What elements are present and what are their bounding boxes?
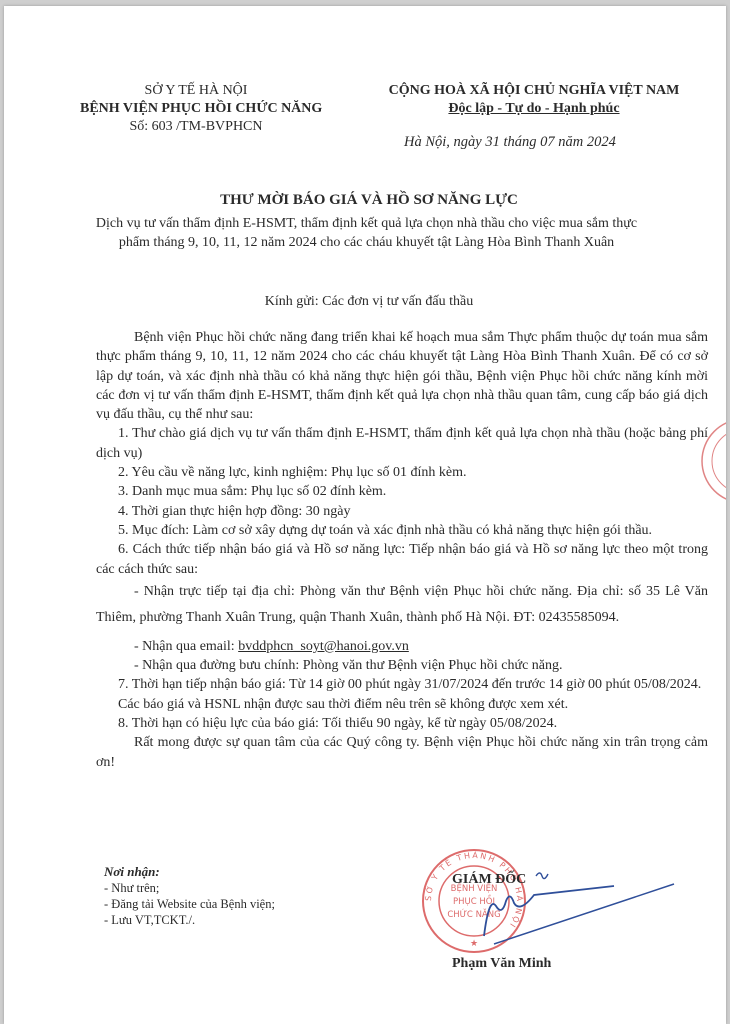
item-7-note: Các báo giá và HSNL nhận được sau thời đ… bbox=[96, 695, 708, 714]
hospital-name: BỆNH VIỆN PHỤC HỒI CHỨC NĂNG bbox=[80, 100, 312, 118]
recipient-item: - Lưu VT,TCKT./. bbox=[104, 912, 275, 928]
item-6-direct: - Nhận trực tiếp tại địa chỉ: Phòng văn … bbox=[96, 579, 708, 631]
partial-stamp-icon bbox=[694, 416, 726, 506]
letter-body: Bệnh viện Phục hồi chức năng đang triển … bbox=[96, 328, 708, 772]
email-link[interactable]: bvddphcn_soyt@hanoi.gov.vn bbox=[238, 639, 409, 654]
signatory-name: Phạm Văn Minh bbox=[452, 956, 551, 972]
document-number: Số: 603 /TM-BVPHCN bbox=[80, 118, 312, 136]
issuer-header: SỞ Y TẾ HÀ NỘI BỆNH VIỆN PHỤC HỒI CHỨC N… bbox=[80, 82, 312, 136]
document-date: Hà Nội, ngày 31 tháng 07 năm 2024 bbox=[404, 134, 616, 151]
signature-icon bbox=[474, 866, 704, 956]
recipient-item: - Như trên; bbox=[104, 880, 275, 896]
item-1: 1. Thư chào giá dịch vụ tư vấn thẩm định… bbox=[96, 424, 708, 463]
nation-title: CỘNG HOÀ XÃ HỘI CHỦ NGHĨA VIỆT NAM bbox=[374, 82, 694, 100]
intro-paragraph: Bệnh viện Phục hồi chức năng đang triển … bbox=[96, 328, 708, 424]
national-motto: Độc lập - Tự do - Hạnh phúc bbox=[374, 100, 694, 118]
item-8: 8. Thời hạn có hiệu lực của báo giá: Tối… bbox=[96, 714, 708, 733]
document-page: SỞ Y TẾ HÀ NỘI BỆNH VIỆN PHỤC HỒI CHỨC N… bbox=[4, 6, 726, 1024]
item-2: 2. Yêu cầu về năng lực, kinh nghiệm: Phụ… bbox=[96, 463, 708, 482]
recipient-item: - Đăng tải Website của Bệnh viện; bbox=[104, 896, 275, 912]
recipients-heading: Nơi nhận: bbox=[104, 864, 275, 880]
document-subtitle: Dịch vụ tư vấn thẩm định E-HSMT, thẩm đị… bbox=[94, 214, 639, 252]
item-7: 7. Thời hạn tiếp nhận báo giá: Từ 14 giờ… bbox=[96, 675, 708, 694]
document-title: THƯ MỜI BÁO GIÁ VÀ HỒ SƠ NĂNG LỰC bbox=[4, 192, 730, 209]
item-6-post: - Nhận qua đường bưu chính: Phòng văn th… bbox=[96, 656, 708, 675]
salutation: Kính gửi: Các đơn vị tư vấn đấu thầu bbox=[4, 294, 730, 310]
item-4: 4. Thời gian thực hiện hợp đồng: 30 ngày bbox=[96, 502, 708, 521]
item-3: 3. Danh mục mua sắm: Phụ lục số 02 đính … bbox=[96, 482, 708, 501]
item-6: 6. Cách thức tiếp nhận báo giá và Hồ sơ … bbox=[96, 540, 708, 579]
national-header: CỘNG HOÀ XÃ HỘI CHỦ NGHĨA VIỆT NAM Độc l… bbox=[374, 82, 694, 118]
recipients-block: Nơi nhận: - Như trên; - Đăng tải Website… bbox=[104, 864, 275, 928]
closing-paragraph: Rất mong được sự quan tâm của các Quý cô… bbox=[96, 733, 708, 772]
item-5: 5. Mục đích: Làm cơ sở xây dựng dự toán … bbox=[96, 521, 708, 540]
agency-name: SỞ Y TẾ HÀ NỘI bbox=[80, 82, 312, 100]
item-6-email: - Nhận qua email: bvddphcn_soyt@hanoi.go… bbox=[96, 637, 708, 656]
